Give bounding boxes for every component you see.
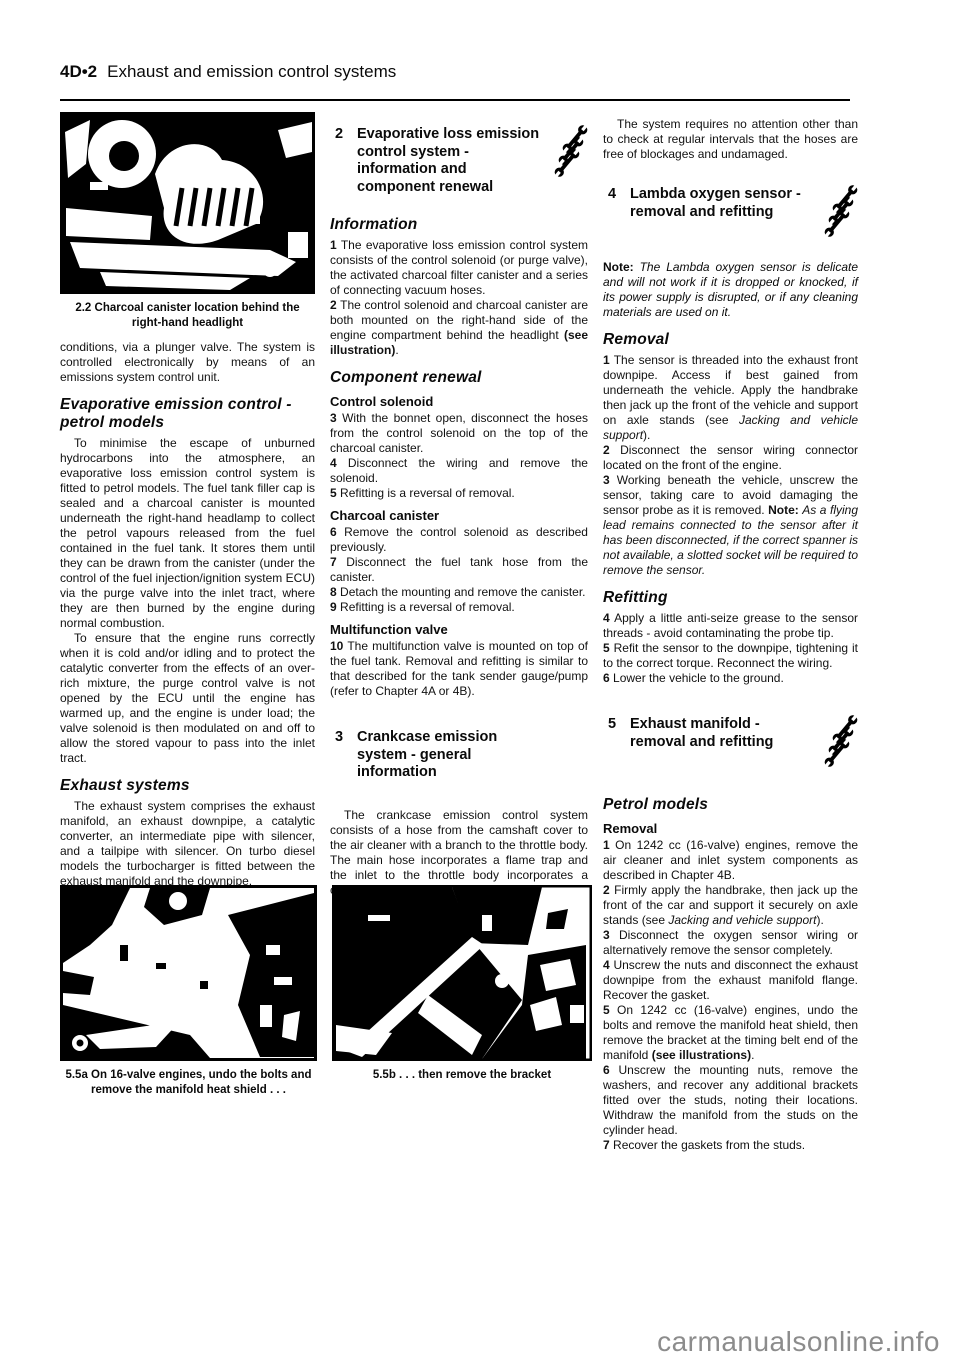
section-2-title: Evaporative loss emission control system… [357, 126, 554, 196]
heading-removal: Removal [603, 331, 858, 349]
step-text: With the bonnet open, disconnect the hos… [330, 411, 588, 455]
step-number: 1 [330, 238, 337, 252]
step-removal-1: 1 The sensor is threaded into the exhaus… [603, 353, 858, 443]
step-manifold-1: 1 On 1242 cc (16-valve) engines, remove … [603, 838, 858, 883]
step-text: The evaporative loss emission control sy… [330, 238, 588, 297]
step-number: 7 [330, 555, 337, 569]
see-illustrations-ref: (see illustrations) [652, 1048, 751, 1062]
step-number: 5 [330, 486, 337, 500]
step-number: 2 [603, 443, 610, 457]
step-8: 8 Detach the mounting and remove the can… [330, 585, 588, 600]
step-4: 4 Disconnect the wiring and remove the s… [330, 456, 588, 486]
step-text: Detach the mounting and remove the canis… [340, 585, 585, 599]
note-label: Note: [603, 260, 640, 274]
heading-exhaust-systems: Exhaust systems [60, 777, 315, 795]
step-3: 3 With the bonnet open, disconnect the h… [330, 411, 588, 456]
note-label: Note: [768, 503, 802, 517]
step-text: Disconnect the fuel tank hose from the c… [330, 555, 588, 584]
step-text: Refitting is a reversal of removal. [340, 486, 515, 500]
heading-petrol-models: Petrol models [603, 796, 858, 814]
heading-component-renewal: Component renewal [330, 369, 588, 387]
step-text: Unscrew the mounting nuts, remove the wa… [603, 1063, 858, 1137]
page-header: 4D•2Exhaust and emission control systems [60, 62, 396, 82]
column-3: The system requires no attention other t… [603, 112, 858, 1153]
figure-2-2-caption: 2.2 Charcoal canister location behind th… [60, 301, 315, 330]
step-number: 4 [330, 456, 337, 470]
spanner-stack-icon [824, 714, 858, 770]
note-text: The Lambda oxygen sensor is delicate and… [603, 260, 858, 319]
figure-5-5b-caption: 5.5b . . . then remove the bracket [332, 1068, 592, 1083]
section-3-number: 3 [330, 729, 357, 747]
paragraph-system-attention: The system requires no attention other t… [603, 117, 858, 162]
spanner-stack-icon [824, 184, 858, 240]
step-number: 4 [603, 611, 610, 625]
step-text: Disconnect the sensor wiring connector l… [603, 443, 858, 472]
section-4-header: 4 Lambda oxygen sensor - removal and ref… [603, 186, 858, 240]
watermark-text: carmanualsonline.info [657, 1326, 940, 1358]
step-text: On 1242 cc (16-valve) engines, remove th… [603, 838, 858, 882]
step-text: Disconnect the wiring and remove the sol… [330, 456, 588, 485]
step-6: 6 Remove the control solenoid as describ… [330, 525, 588, 555]
figure-5-5b: 5.5b . . . then remove the bracket [332, 885, 592, 1083]
step-text: Apply a little anti-seize grease to the … [603, 611, 858, 640]
paragraph-evap-2: To ensure that the engine runs correctly… [60, 631, 315, 766]
step-text: ). [816, 913, 823, 927]
manual-page: 4D•2Exhaust and emission control systems [0, 0, 960, 1362]
step-removal-3: 3 Working beneath the vehicle, unscrew t… [603, 473, 858, 578]
step-removal-2: 2 Disconnect the sensor wiring connector… [603, 443, 858, 473]
figure-5-5a-caption: 5.5a On 16-valve engines, undo the bolts… [60, 1068, 317, 1097]
heading-charcoal-canister: Charcoal canister [330, 508, 588, 523]
heading-control-solenoid: Control solenoid [330, 394, 588, 409]
step-refit-5: 5 Refit the sensor to the downpipe, tigh… [603, 641, 858, 671]
step-manifold-3: 3 Disconnect the oxygen sensor wiring or… [603, 928, 858, 958]
step-number: 5 [603, 1003, 610, 1017]
step-number: 10 [330, 639, 343, 653]
section-2-header: 2 Evaporative loss emission control syst… [330, 126, 588, 196]
step-number: 1 [603, 838, 610, 852]
section-5-header: 5 Exhaust manifold - removal and refitti… [603, 716, 858, 770]
step-manifold-4: 4 Unscrew the nuts and disconnect the ex… [603, 958, 858, 1003]
spanner-stack-icon [554, 124, 588, 180]
step-number: 2 [603, 883, 610, 897]
header-divider [60, 99, 850, 101]
step-5: 5 Refitting is a reversal of removal. [330, 486, 588, 501]
heading-multifunction-valve: Multifunction valve [330, 622, 588, 637]
note-lambda-sensor: Note: The Lambda oxygen sensor is delica… [603, 260, 858, 320]
step-10: 10 The multifunction valve is mounted on… [330, 639, 588, 699]
paragraph-evap-1: To minimise the escape of unburned hydro… [60, 436, 315, 631]
figure-5-5b-photo [332, 885, 592, 1061]
step-manifold-5: 5 On 1242 cc (16-valve) engines, undo th… [603, 1003, 858, 1063]
step-text: Lower the vehicle to the ground. [613, 671, 784, 685]
step-text: Recover the gaskets from the studs. [613, 1138, 805, 1152]
step-refit-6: 6 Lower the vehicle to the ground. [603, 671, 858, 686]
step-refit-4: 4 Apply a little anti-seize grease to th… [603, 611, 858, 641]
step-number: 7 [603, 1138, 610, 1152]
section-3-header: 3 Crankcase emission system - general in… [330, 729, 588, 782]
step-number: 3 [603, 473, 610, 487]
step-number: 4 [603, 958, 610, 972]
section-5-number: 5 [603, 716, 630, 734]
step-number: 8 [330, 585, 337, 599]
step-text: . [751, 1048, 754, 1062]
step-info-1: 1 The evaporative loss emission control … [330, 238, 588, 298]
step-number: 9 [330, 600, 337, 614]
step-manifold-6: 6 Unscrew the mounting nuts, remove the … [603, 1063, 858, 1138]
step-info-2: 2 The control solenoid and charcoal cani… [330, 298, 588, 358]
section-4-title: Lambda oxygen sensor - removal and refit… [630, 186, 824, 221]
step-number: 6 [603, 1063, 610, 1077]
jacking-reference: Jacking and vehicle support [668, 913, 816, 927]
paragraph-exhaust-systems: The exhaust system comprises the exhaust… [60, 799, 315, 889]
step-7: 7 Disconnect the fuel tank hose from the… [330, 555, 588, 585]
step-text: ). [643, 428, 650, 442]
page-title: Exhaust and emission control systems [107, 62, 396, 81]
step-text: . [395, 343, 398, 357]
paragraph-crankcase: The crankcase emission control system co… [330, 808, 588, 898]
heading-petrol-removal: Removal [603, 821, 858, 836]
step-number: 5 [603, 641, 610, 655]
step-text: Unscrew the nuts and disconnect the exha… [603, 958, 858, 1002]
heading-information: Information [330, 216, 588, 234]
step-number: 6 [603, 671, 610, 685]
step-text: Remove the control solenoid as described… [330, 525, 588, 554]
figure-5-5a: 5.5a On 16-valve engines, undo the bolts… [60, 885, 317, 1097]
heading-evaporative-emission-control: Evaporative emission control - petrol mo… [60, 396, 315, 432]
heading-refitting: Refitting [603, 589, 858, 607]
step-number: 6 [330, 525, 337, 539]
section-2-number: 2 [330, 126, 357, 144]
step-number: 2 [330, 298, 337, 312]
figure-5-5a-photo [60, 885, 317, 1061]
step-text: Disconnect the oxygen sensor wiring or a… [603, 928, 858, 957]
section-4-number: 4 [603, 186, 630, 204]
step-9: 9 Refitting is a reversal of removal. [330, 600, 588, 615]
step-text: The multifunction valve is mounted on to… [330, 639, 588, 698]
step-number: 1 [603, 353, 610, 367]
step-text: The control solenoid and charcoal canist… [330, 298, 588, 342]
section-5-title: Exhaust manifold - removal and refitting [630, 716, 824, 751]
page-number: 4D•2 [60, 62, 97, 81]
section-3-title: Crankcase emission system - general info… [357, 729, 554, 782]
step-number: 3 [330, 411, 337, 425]
figure-2-2-photo [60, 112, 315, 294]
paragraph-conditions: conditions, via a plunger valve. The sys… [60, 340, 315, 385]
step-manifold-7: 7 Recover the gaskets from the studs. [603, 1138, 858, 1153]
step-text: Refitting is a reversal of removal. [340, 600, 515, 614]
step-manifold-2: 2 Firmly apply the handbrake, then jack … [603, 883, 858, 928]
step-number: 3 [603, 928, 610, 942]
step-text: Refit the sensor to the downpipe, tighte… [603, 641, 858, 670]
